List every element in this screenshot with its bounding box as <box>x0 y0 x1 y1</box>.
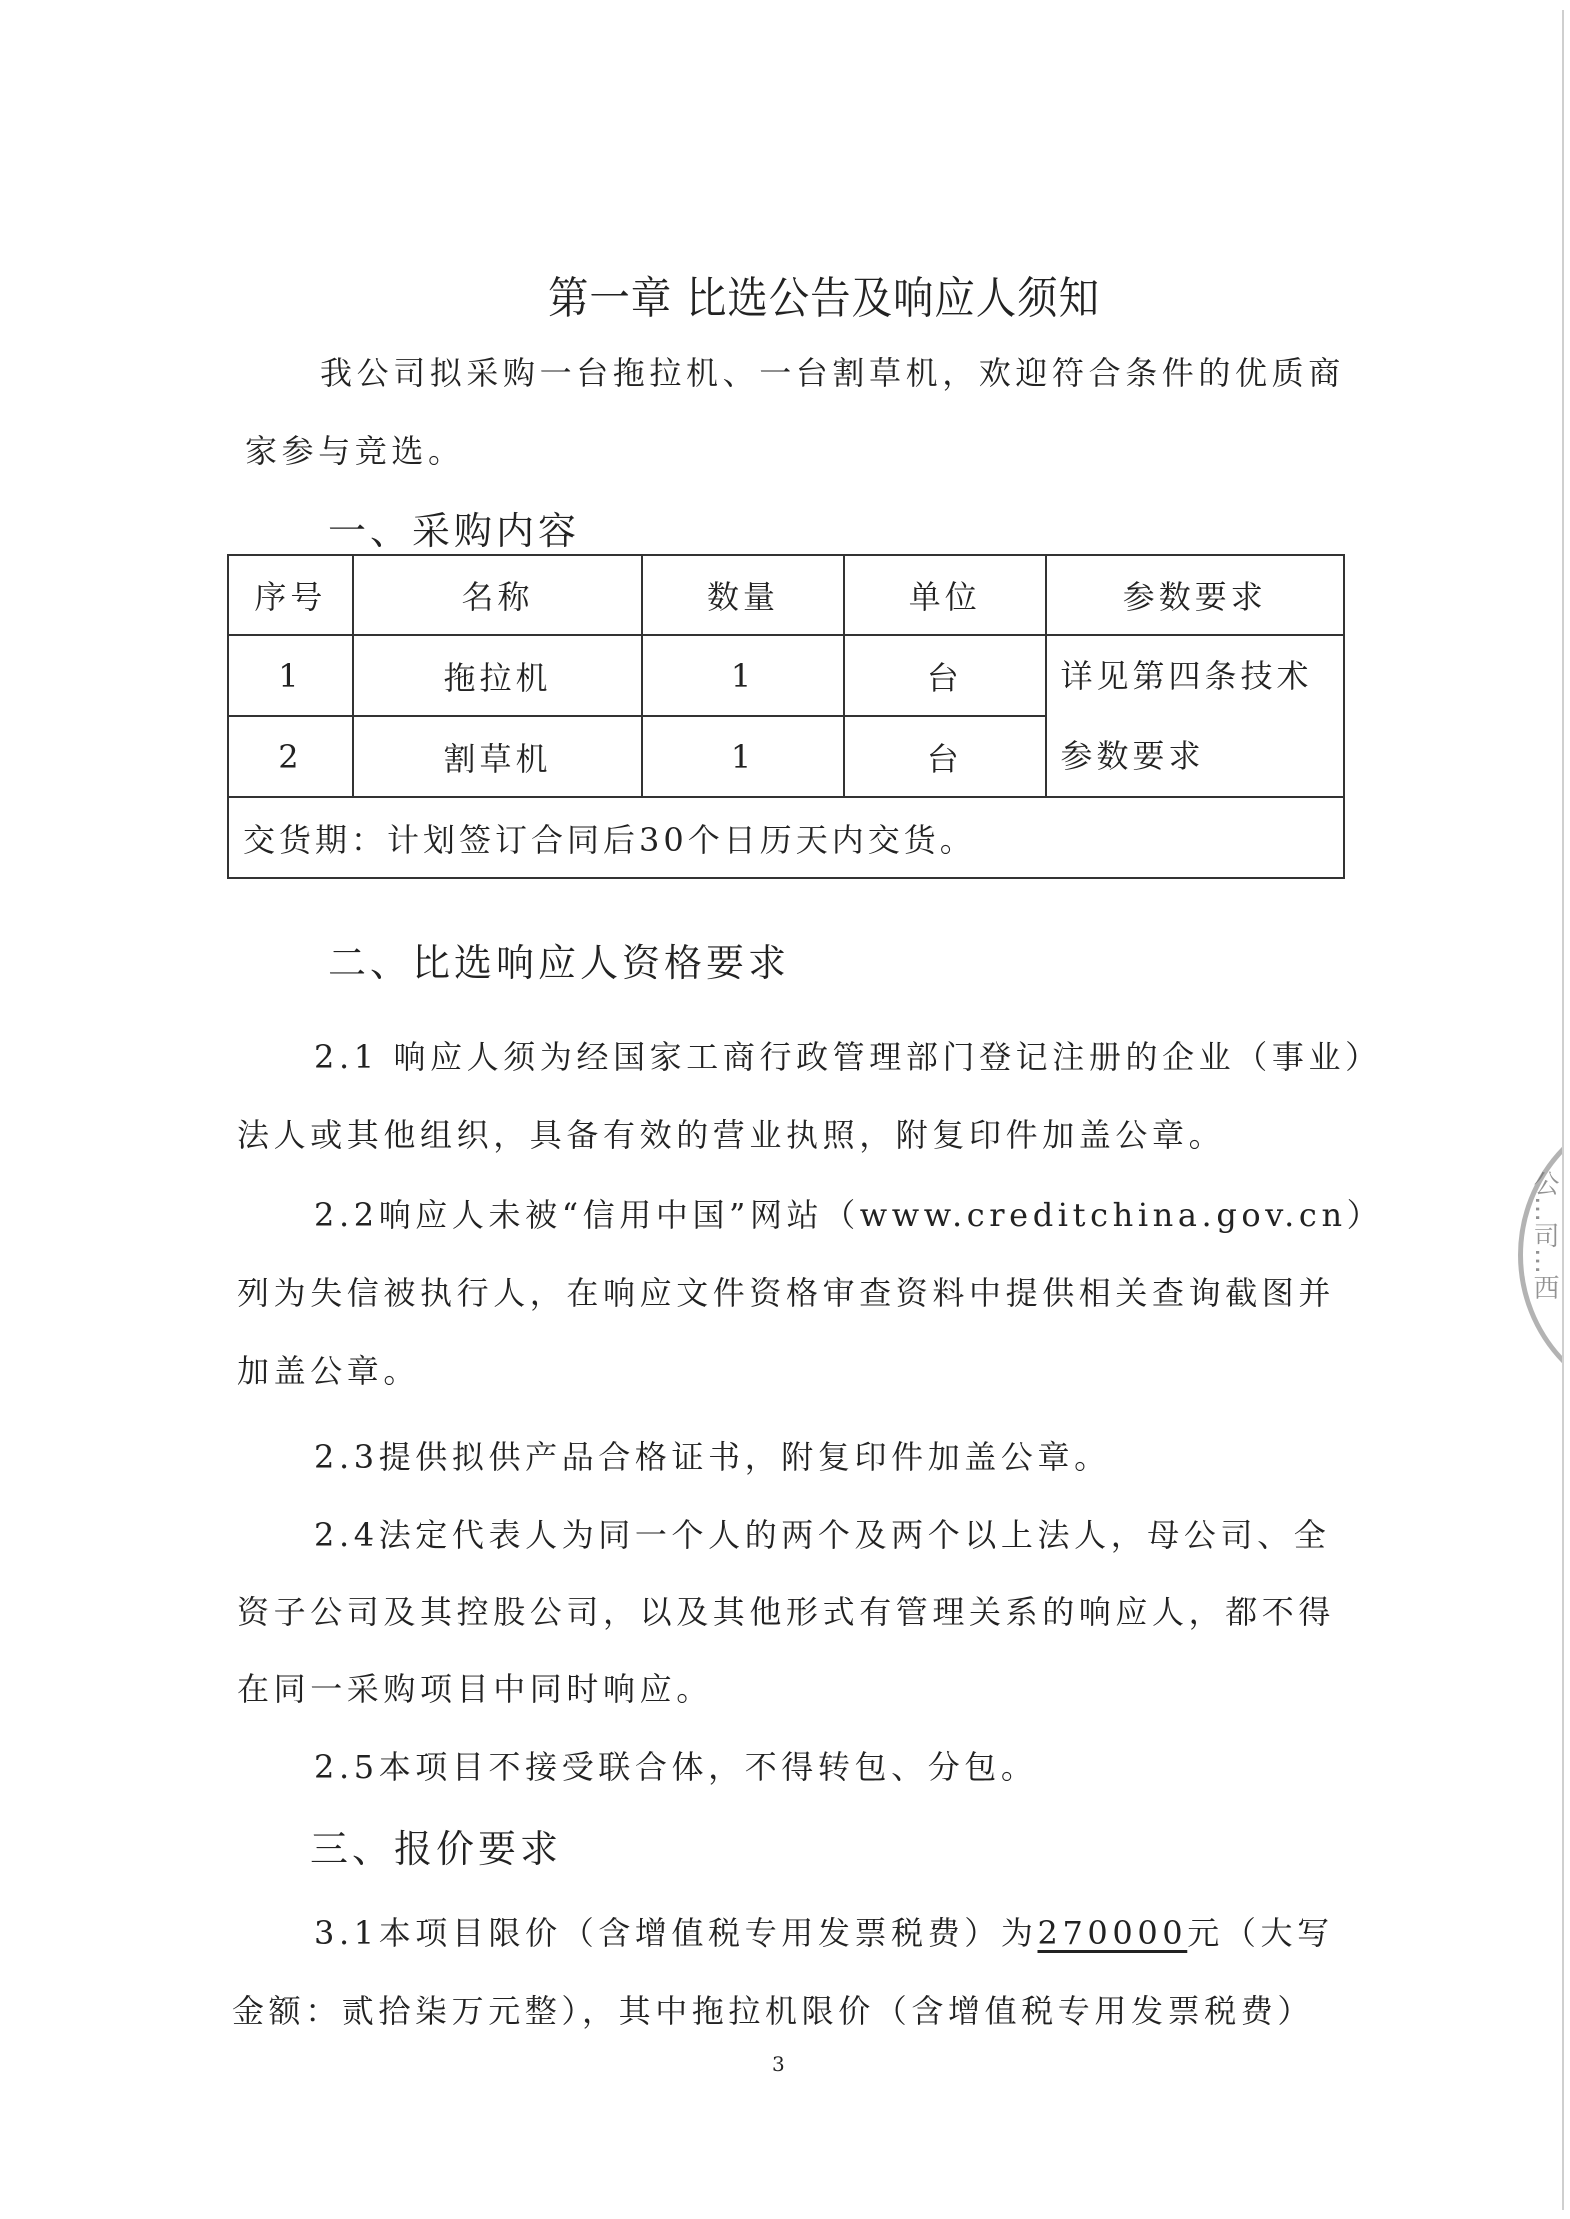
table-header-row: 序号 名称 数量 单位 参数要求 <box>228 555 1344 635</box>
official-seal-stamp: 公…司…西 <box>1518 1100 1562 1400</box>
spec-line-2: 参数要求 <box>1061 716 1343 796</box>
item-2-2-line-1: 2.2响应人未被“信用中国”网站（www.creditchina.gov.cn） <box>314 1190 1383 1236</box>
header-cell-name: 名称 <box>353 555 642 635</box>
chapter-title: 第一章 比选公告及响应人须知 <box>548 262 1100 326</box>
page-edge-line <box>1562 10 1564 2210</box>
price-limit-amount: 270000 <box>1038 1914 1188 1952</box>
cell-no: 1 <box>228 635 353 716</box>
cell-qty: 1 <box>642 635 844 716</box>
cell-unit: 台 <box>844 716 1046 797</box>
page-number: 3 <box>772 2052 785 2076</box>
item-3-1-suffix: 元（大写 <box>1187 1914 1333 1952</box>
cell-name: 割草机 <box>353 716 642 797</box>
item-2-2-line-3: 加盖公章。 <box>237 1346 420 1392</box>
item-2-4-line-2: 资子公司及其控股公司，以及其他形式有管理关系的响应人，都不得 <box>237 1587 1335 1633</box>
header-cell-no: 序号 <box>228 555 353 635</box>
cell-name: 拖拉机 <box>353 635 642 716</box>
seal-text: 公…司…西 <box>1526 1170 1562 1300</box>
item-3-1-line-1: 3.1本项目限价（含增值税专用发票税费）为270000元（大写 <box>314 1908 1334 1954</box>
item-2-1-line-1: 2.1 响应人须为经国家工商行政管理部门登记注册的企业（事业） <box>314 1032 1382 1078</box>
cell-spec-merged: 详见第四条技术 参数要求 <box>1046 635 1344 797</box>
item-2-2-line-2: 列为失信被执行人，在响应文件资格审查资料中提供相关查询截图并 <box>237 1268 1335 1314</box>
cell-no: 2 <box>228 716 353 797</box>
header-cell-unit: 单位 <box>844 555 1046 635</box>
intro-line-1: 我公司拟采购一台拖拉机、一台割草机，欢迎符合条件的优质商 <box>320 348 1330 394</box>
header-cell-spec: 参数要求 <box>1046 555 1344 635</box>
item-3-1-line-2: 金额：贰拾柒万元整），其中拖拉机限价（含增值税专用发票税费） <box>232 1986 1314 2032</box>
section-heading-pricing: 三、报价要求 <box>310 1818 562 1873</box>
header-cell-qty: 数量 <box>642 555 844 635</box>
item-2-4-line-1: 2.4法定代表人为同一个人的两个及两个以上法人，母公司、全 <box>314 1510 1330 1556</box>
section-heading-qualifications: 二、比选响应人资格要求 <box>328 932 790 987</box>
item-2-1-line-2: 法人或其他组织，具备有效的营业执照，附复印件加盖公章。 <box>237 1110 1225 1156</box>
item-2-3-line-1: 2.3提供拟供产品合格证书，附复印件加盖公章。 <box>314 1432 1111 1478</box>
intro-line-2: 家参与竞选。 <box>245 426 465 472</box>
item-2-4-line-3: 在同一采购项目中同时响应。 <box>237 1664 713 1710</box>
spec-line-1: 详见第四条技术 <box>1061 636 1343 716</box>
procurement-table: 序号 名称 数量 单位 参数要求 1 拖拉机 1 台 详见第四条技术 参数要求 … <box>227 554 1345 879</box>
cell-qty: 1 <box>642 716 844 797</box>
item-2-5-line-1: 2.5本项目不接受联合体，不得转包、分包。 <box>314 1742 1038 1788</box>
delivery-period-cell: 交货期：计划签订合同后30个日历天内交货。 <box>228 797 1344 878</box>
table-delivery-row: 交货期：计划签订合同后30个日历天内交货。 <box>228 797 1344 878</box>
section-heading-procurement: 一、采购内容 <box>328 500 580 555</box>
table-row: 1 拖拉机 1 台 详见第四条技术 参数要求 <box>228 635 1344 716</box>
item-3-1-prefix: 3.1本项目限价（含增值税专用发票税费）为 <box>314 1914 1038 1952</box>
cell-unit: 台 <box>844 635 1046 716</box>
